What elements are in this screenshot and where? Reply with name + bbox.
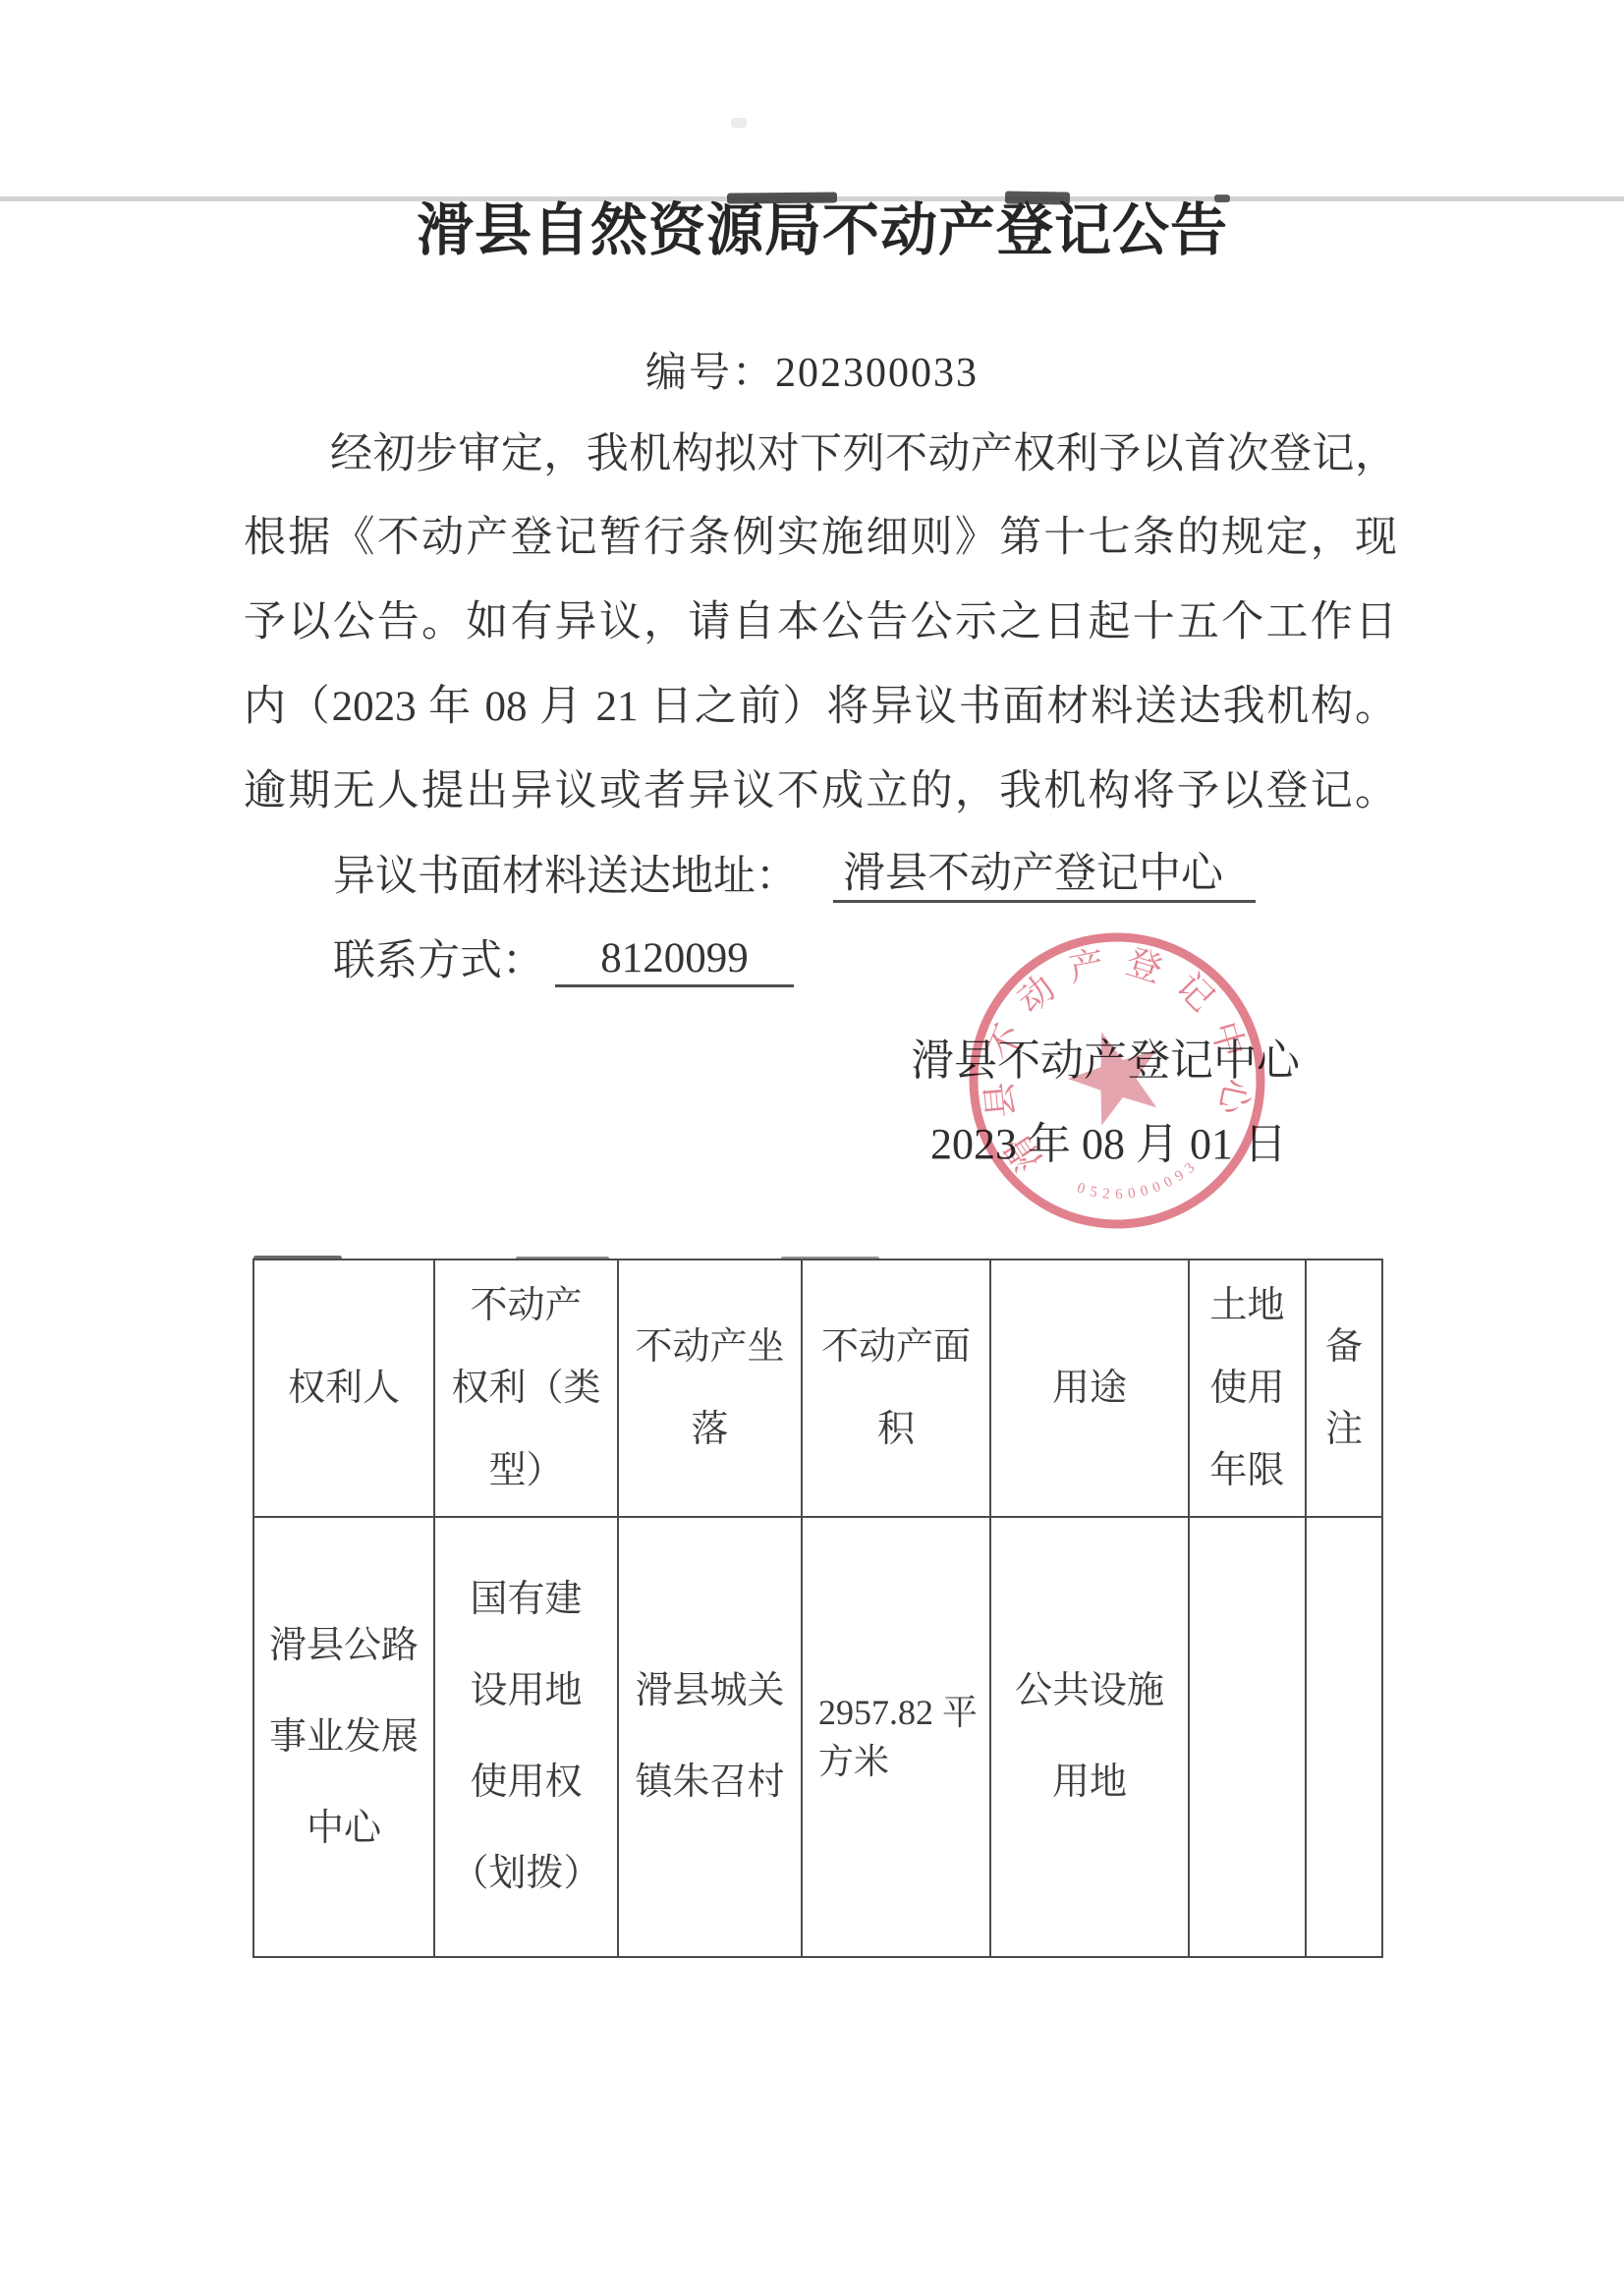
page-title: 滑县自然资源局不动产登记公告 — [417, 198, 1228, 264]
table-cell-location: 滑县城关 镇朱召村 — [619, 1518, 803, 1956]
body-line: 经初步审定，我机构拟对下列不动产权利予以首次登记， — [244, 428, 1397, 481]
body-line: 根据《不动产登记暂行条例实施细则》第十七条的规定，现 — [244, 512, 1397, 565]
address-line: 异议书面材料送达地址：滑县不动产登记中心 — [333, 843, 1256, 903]
announcement-table: 权利人 不动产 权利（类 型） 不动产坐 落 不动产面 积 用途 土地 使用 年… — [252, 1259, 1383, 1958]
body-line: 逾期无人提出异议或者异议不成立的，我机构将予以登记。 — [244, 765, 1397, 818]
seal-star-icon — [1062, 1025, 1166, 1129]
table-header-remarks: 备 注 — [1307, 1260, 1381, 1518]
body-line: 予以公告。如有异议，请自本公告公示之日起十五个工作日 — [244, 596, 1397, 649]
contact-value: 8120099 — [555, 933, 794, 987]
scanned-announcement-page: 滑县自然资源局不动产登记公告 编号：202300033 经初步审定，我机构拟对下… — [0, 0, 1624, 2295]
scan-smudge — [731, 118, 747, 128]
address-value: 滑县不动产登记中心 — [833, 849, 1256, 903]
body-line: 内（2023 年 08 月 21 日之前）将异议书面材料送达我机构。 — [244, 681, 1397, 734]
doc-number: 编号：202300033 — [0, 340, 1624, 399]
table-cell-remarks — [1307, 1518, 1381, 1956]
contact-label: 联系方式： — [333, 927, 544, 987]
table-header-owner: 权利人 — [254, 1260, 435, 1518]
table-cell-right-type: 国有建 设用地 使用权 （划拨） — [435, 1518, 619, 1956]
table-header-land-term: 土地 使用 年限 — [1190, 1260, 1307, 1518]
contact-line: 联系方式：8120099 — [333, 927, 794, 987]
address-label: 异议书面材料送达地址： — [333, 843, 798, 903]
official-seal: 滑县不动产登记中心 05260000937 — [947, 911, 1287, 1251]
table-cell-owner: 滑县公路 事业发展 中心 — [254, 1518, 435, 1956]
table-header-right-type: 不动产 权利（类 型） — [435, 1260, 619, 1518]
table-cell-area: 2957.82 平 方米 — [803, 1518, 991, 1956]
table-header-location: 不动产坐 落 — [619, 1260, 803, 1518]
table-header-use: 用途 — [991, 1260, 1190, 1518]
table-cell-land-term — [1190, 1518, 1307, 1956]
table-header-area: 不动产面 积 — [803, 1260, 991, 1518]
table-cell-use: 公共设施 用地 — [991, 1518, 1190, 1956]
